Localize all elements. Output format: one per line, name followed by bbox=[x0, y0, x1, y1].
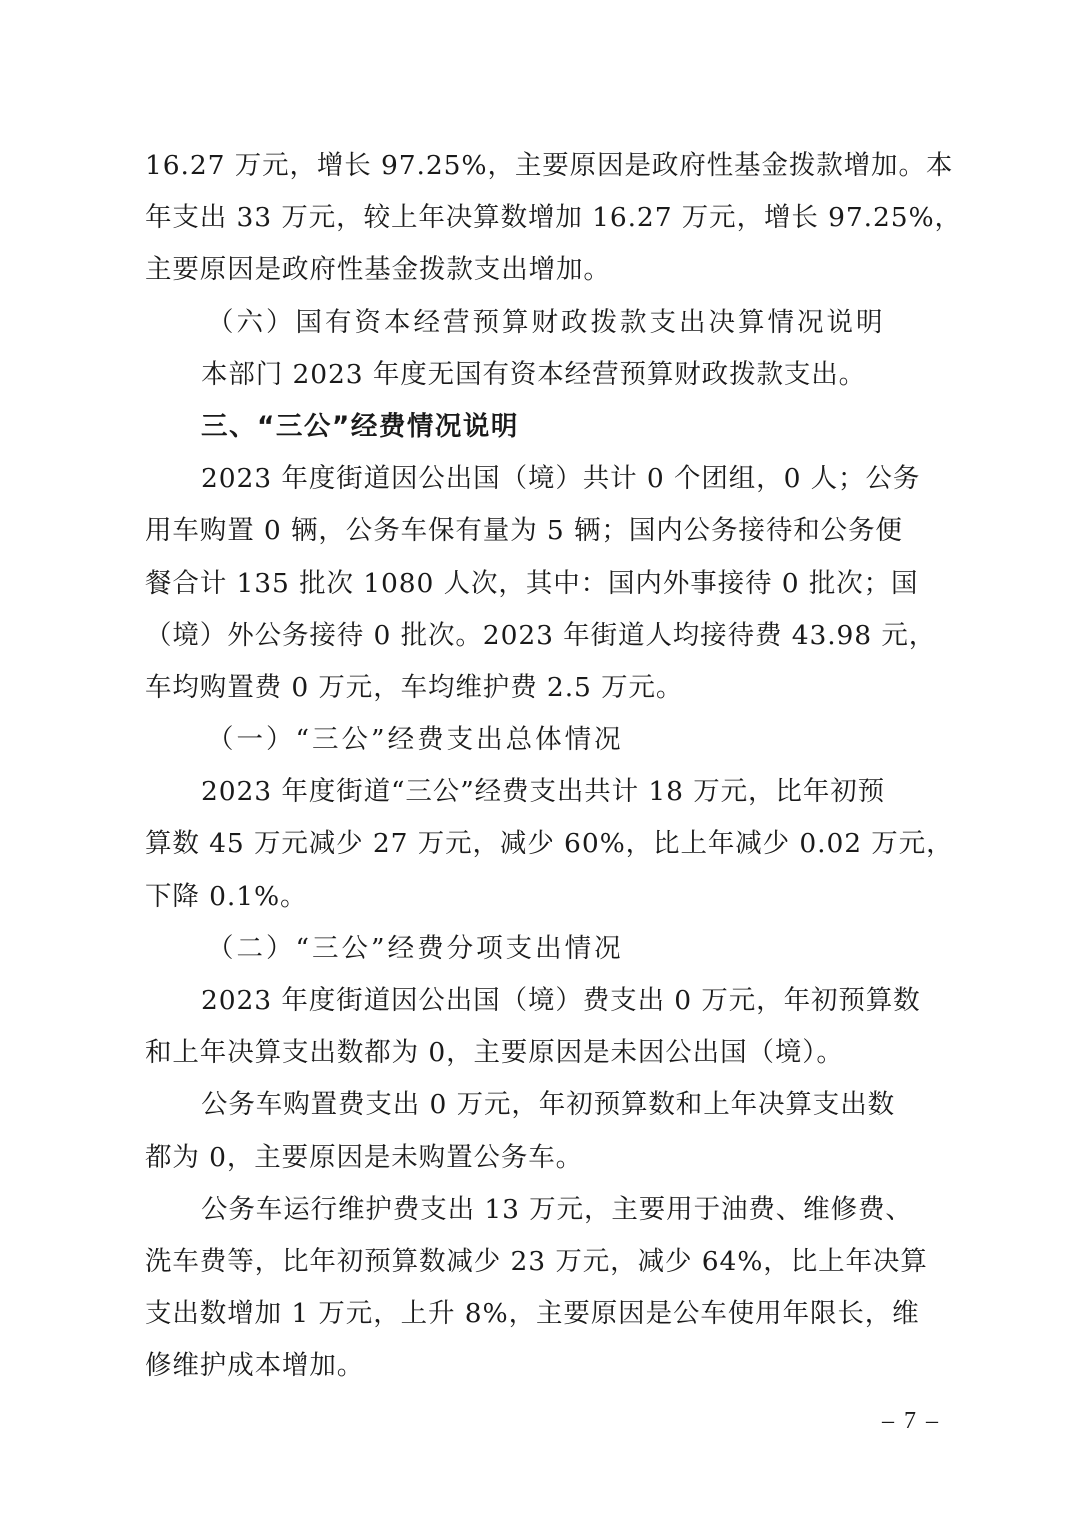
paragraph-overall-expenditure: 2023 年度街道“三公”经费支出共计 18 万元，比年初预 算数 45 万元减… bbox=[145, 766, 945, 923]
text-line: 洗车费等，比年初预算数减少 23 万元，减少 64%，比上年决算 bbox=[145, 1236, 945, 1288]
text-line: 支出数增加 1 万元，上升 8%，主要原因是公车使用年限长，维 bbox=[145, 1288, 945, 1340]
subheading-state-capital-budget: （六）国有资本经营预算财政拨款支出决算情况说明 bbox=[145, 297, 945, 349]
paragraph-no-state-capital-expenditure: 本部门 2023 年度无国有资本经营预算财政拨款支出。 bbox=[145, 349, 945, 401]
text-line: 都为 0，主要原因是未购置公务车。 bbox=[145, 1132, 945, 1184]
text-line: 公务车运行维护费支出 13 万元，主要用于油费、维修费、 bbox=[145, 1184, 945, 1236]
text-line: 车均购置费 0 万元，车均维护费 2.5 万元。 bbox=[145, 662, 945, 714]
text-line: （境）外公务接待 0 批次。2023 年街道人均接待费 43.98 元， bbox=[145, 610, 945, 662]
paragraph-vehicle-maintenance: 公务车运行维护费支出 13 万元，主要用于油费、维修费、 洗车费等，比年初预算数… bbox=[145, 1184, 945, 1393]
paragraph-government-fund-summary: 16.27 万元，增长 97.25%，主要原因是政府性基金拨款增加。本 年支出 … bbox=[145, 140, 945, 297]
subheading-overall-expenditure: （一）“三公”经费支出总体情况 bbox=[145, 714, 945, 766]
text-line: 年支出 33 万元，较上年决算数增加 16.27 万元，增长 97.25%， bbox=[145, 192, 945, 244]
paragraph-three-public-overview: 2023 年度街道因公出国（境）共计 0 个团组，0 人；公务 用车购置 0 辆… bbox=[145, 453, 945, 714]
text-line: 2023 年度街道因公出国（境）费支出 0 万元，年初预算数 bbox=[145, 975, 945, 1027]
text-line: 公务车购置费支出 0 万元，年初预算数和上年决算支出数 bbox=[145, 1079, 945, 1131]
document-page: 16.27 万元，增长 97.25%，主要原因是政府性基金拨款增加。本 年支出 … bbox=[145, 140, 945, 1393]
text-line: 算数 45 万元减少 27 万元，减少 60%，比上年减少 0.02 万元， bbox=[145, 818, 945, 870]
text-line: 主要原因是政府性基金拨款支出增加。 bbox=[145, 244, 945, 296]
text-line: 和上年决算支出数都为 0，主要原因是未因公出国（境）。 bbox=[145, 1027, 945, 1079]
text-line: 用车购置 0 辆，公务车保有量为 5 辆；国内公务接待和公务便 bbox=[145, 505, 945, 557]
paragraph-overseas-travel: 2023 年度街道因公出国（境）费支出 0 万元，年初预算数 和上年决算支出数都… bbox=[145, 975, 945, 1079]
text-line: 2023 年度街道“三公”经费支出共计 18 万元，比年初预 bbox=[145, 766, 945, 818]
text-line: 16.27 万元，增长 97.25%，主要原因是政府性基金拨款增加。本 bbox=[145, 140, 945, 192]
subheading-itemized-expenditure: （二）“三公”经费分项支出情况 bbox=[145, 923, 945, 975]
text-line: 修维护成本增加。 bbox=[145, 1340, 945, 1392]
text-line: 下降 0.1%。 bbox=[145, 871, 945, 923]
text-line: 2023 年度街道因公出国（境）共计 0 个团组，0 人；公务 bbox=[145, 453, 945, 505]
section-heading-three-public-expenses: 三、“三公”经费情况说明 bbox=[145, 401, 945, 453]
paragraph-vehicle-purchase: 公务车购置费支出 0 万元，年初预算数和上年决算支出数 都为 0，主要原因是未购… bbox=[145, 1079, 945, 1183]
page-number: – 7 – bbox=[882, 1408, 940, 1435]
text-line: 餐合计 135 批次 1080 人次，其中：国内外事接待 0 批次；国 bbox=[145, 558, 945, 610]
